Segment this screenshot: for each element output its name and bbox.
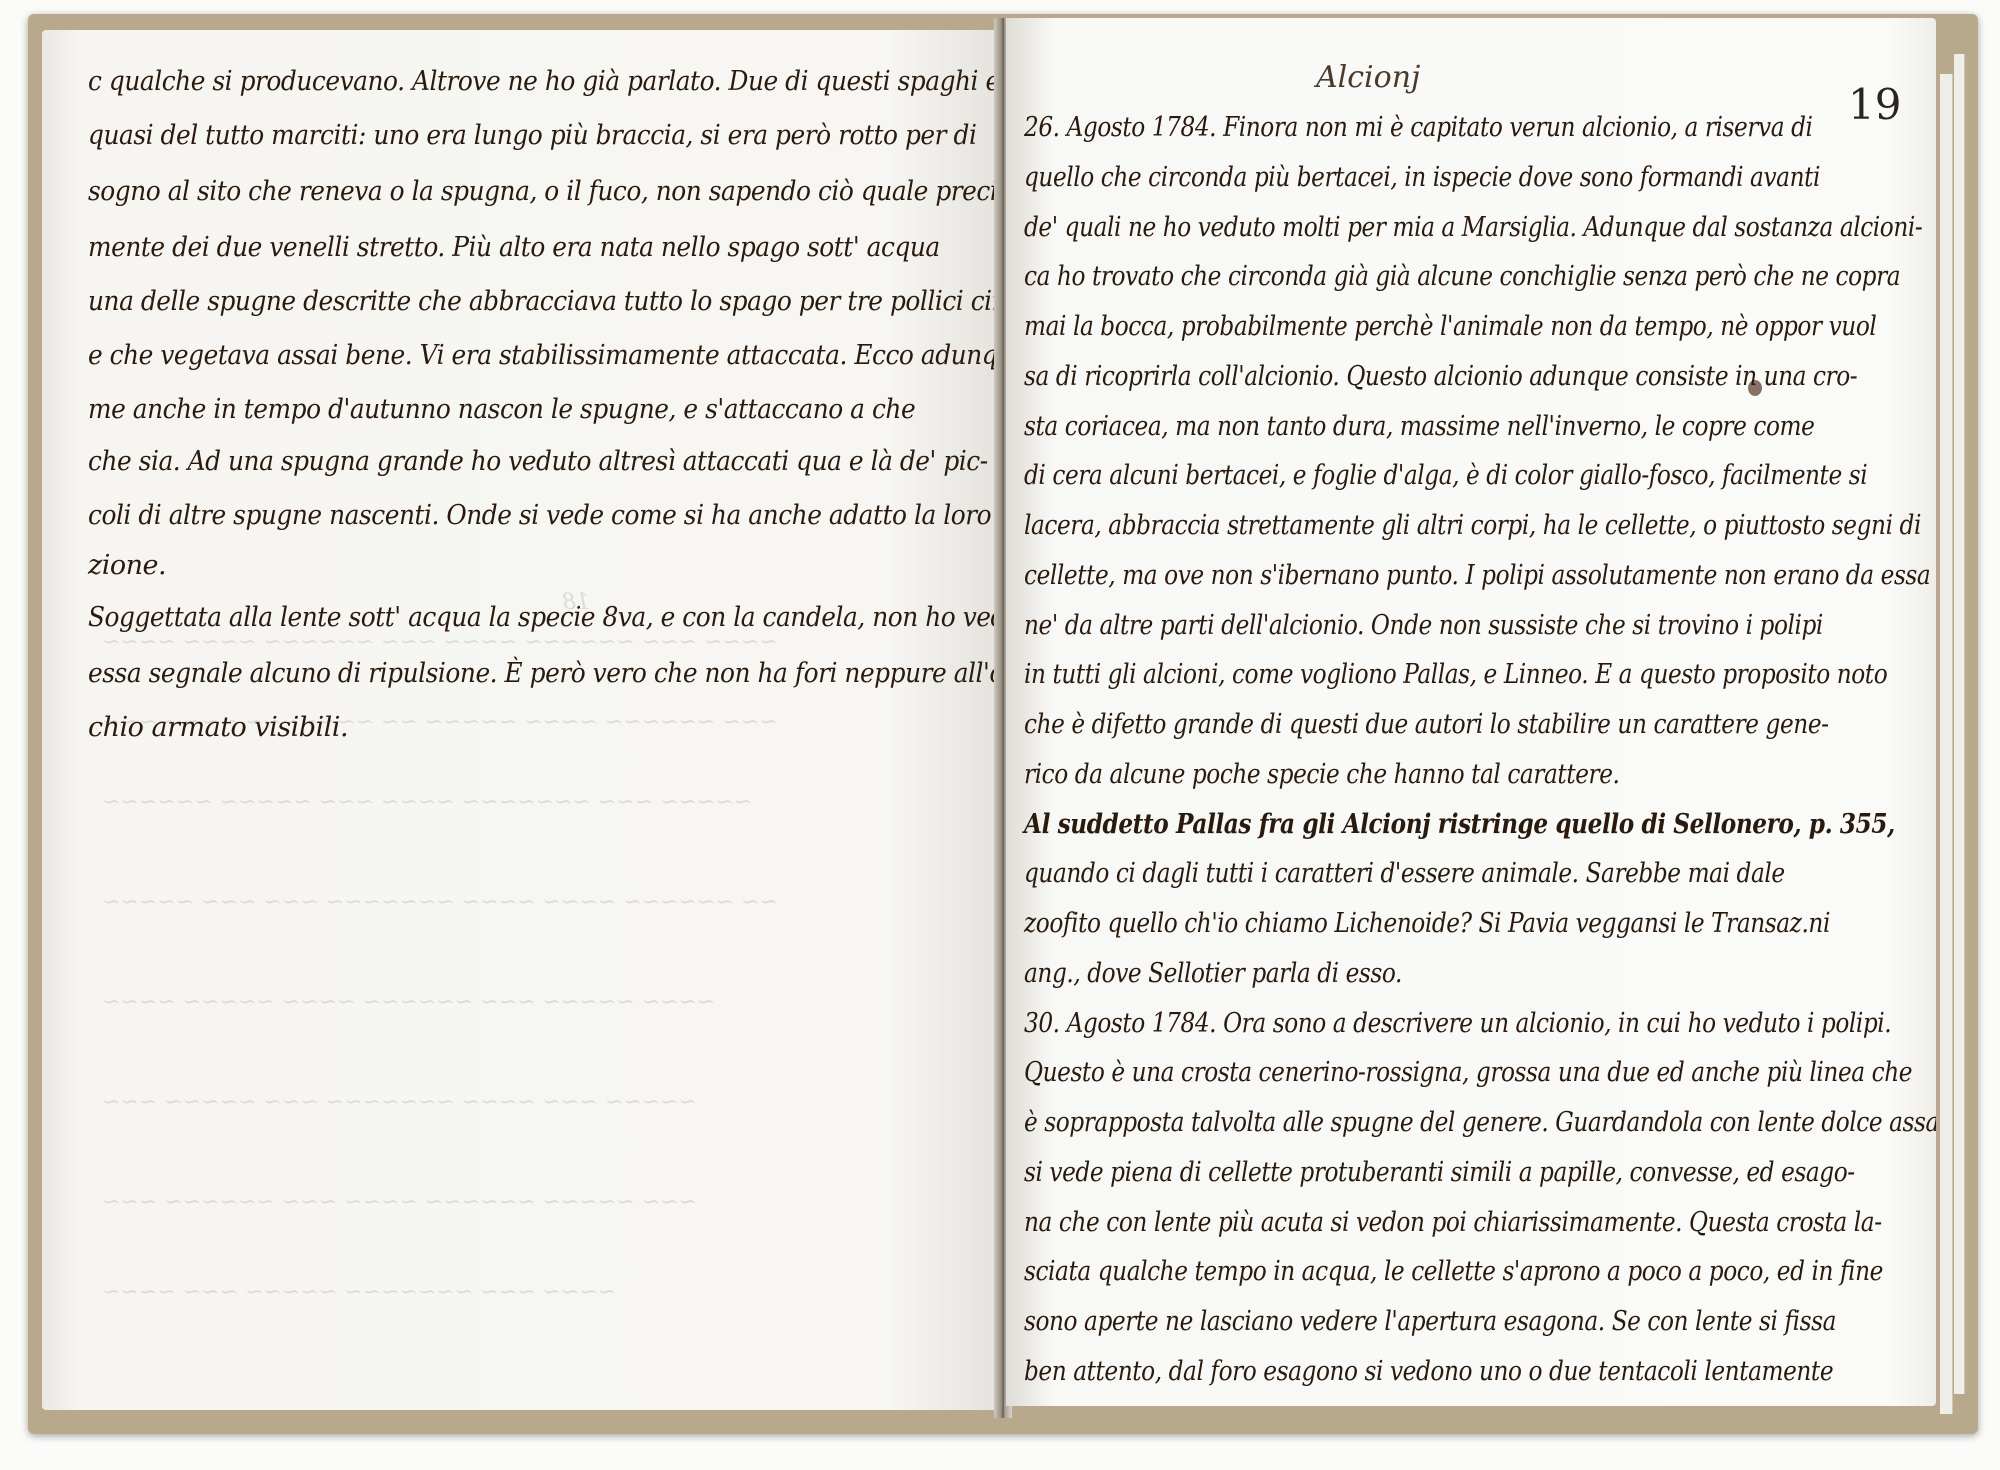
left-page: 18 ~~~~ ~~~ ~~~~~~ ~~~~ ~~~ ~~~~~~ ~~~~ … — [42, 30, 1002, 1410]
manuscript-line: lacera, abbraccia strettamente gli altri… — [1024, 512, 1921, 539]
manuscript-line: sta coriacea, ma non tanto dura, massime… — [1024, 413, 1814, 440]
bleed-through-text: ~~~~ ~~~ ~~~~~~~ ~~~~~ ~~~ ~~~~ — [102, 1280, 616, 1305]
page-number: 19 — [1848, 80, 1901, 129]
manuscript-line: una delle spugne descritte che abbraccia… — [88, 288, 1002, 315]
right-page: Alcionj 19 26. Agosto 1784. Finora non m… — [1006, 18, 1936, 1406]
open-notebook: 18 ~~~~ ~~~ ~~~~~~ ~~~~ ~~~ ~~~~~~ ~~~~ … — [28, 14, 1978, 1434]
manuscript-line: sogno al sito che reneva o la spugna, o … — [88, 178, 1002, 205]
manuscript-line: ang., dove Sellotier parla di esso. — [1024, 960, 1402, 987]
manuscript-line: na che con lente più acuta si vedon poi … — [1024, 1209, 1882, 1236]
manuscript-line: mente dei due venelli stretto. Più alto … — [88, 234, 940, 261]
manuscript-line: è soprapposta talvolta alle spugne del g… — [1024, 1109, 1936, 1136]
manuscript-line: coli di altre spugne nascenti. Onde si v… — [88, 502, 1002, 529]
page-edge — [1940, 74, 1953, 1414]
manuscript-line: de' quali ne ho veduto molti per mia a M… — [1024, 214, 1922, 241]
bleed-through-text: ~~~ ~~~~~ ~~~~~~ ~~~~ ~~~ ~~~~~~ ~~~ — [102, 1190, 697, 1215]
manuscript-line: cellette, ma ove non s'ibernano punto. I… — [1024, 562, 1930, 589]
manuscript-line: sono aperte ne lasciano vedere l'apertur… — [1024, 1308, 1836, 1335]
manuscript-line: me anche in tempo d'autunno nascon le sp… — [88, 396, 915, 423]
manuscript-line: ben attento, dal foro esagono si vedono … — [1024, 1358, 1833, 1385]
manuscript-line: 30. Agosto 1784. Ora sono a descrivere u… — [1024, 1010, 1891, 1037]
manuscript-line: chio armato visibili. — [88, 714, 348, 741]
bleed-through-text: ~~~~ ~~~ ~~~~~~ ~~~~ ~~~ ~~~~~~ ~~~~ ~~~… — [102, 630, 778, 655]
manuscript-line: si vede piena di cellette protuberanti s… — [1024, 1159, 1855, 1186]
bleed-through-text: ~~ ~~~~~~ ~~~~ ~~~~ ~~~~~~~ ~~~ ~~~ ~~~~… — [102, 890, 778, 915]
manuscript-line: Al suddetto Pallas fra gli Alcionj ristr… — [1024, 811, 1895, 838]
bleed-through-text: ~~~~ ~~~~~ ~~~ ~~~~~~ ~~~~ ~~~~~ ~~~~ — [102, 990, 715, 1015]
manuscript-line: di cera alcuni bertacei, e foglie d'alga… — [1024, 462, 1867, 489]
manuscript-line: e che vegetava assai bene. Vi era stabil… — [88, 342, 1002, 369]
manuscript-line: quello che circonda più bertacei, in isp… — [1024, 164, 1820, 191]
manuscript-line: quasi del tutto marciti: uno era lungo p… — [88, 122, 976, 149]
manuscript-line: zione. — [88, 552, 166, 579]
manuscript-line: in tutti gli alcioni, come vogliono Pall… — [1024, 661, 1887, 688]
manuscript-line: ne' da altre parti dell'alcionio. Onde n… — [1024, 612, 1823, 639]
manuscript-line: essa segnale alcuno di ripulsione. È per… — [88, 660, 1002, 687]
manuscript-line: Questo è una crosta cenerino-rossigna, g… — [1024, 1059, 1912, 1086]
manuscript-line: Soggettata alla lente sott' acqua la spe… — [88, 604, 1002, 631]
manuscript-line: sa di ricoprirla coll'alcionio. Questo a… — [1024, 363, 1857, 390]
manuscript-line: quando ci dagli tutti i caratteri d'esse… — [1024, 860, 1785, 887]
bleed-through-text: ~~~~~ ~~~ ~~~~~~~ ~~~~ ~~~ ~~~~~ ~~~~~~ — [102, 790, 752, 815]
manuscript-line: c qualche si producevano. Altrove ne ho … — [88, 68, 1002, 95]
manuscript-line: mai la bocca, probabilmente perchè l'ani… — [1024, 313, 1876, 340]
page-heading: Alcionj — [1316, 60, 1420, 95]
manuscript-line: che è difetto grande di questi due autor… — [1024, 711, 1829, 738]
manuscript-line: rico da alcune poche specie che hanno ta… — [1024, 761, 1619, 788]
manuscript-line: che sia. Ad una spugna grande ho veduto … — [88, 448, 988, 475]
page-edge — [1954, 54, 1965, 1394]
manuscript-line: ca ho trovato che circonda già già alcun… — [1024, 263, 1900, 290]
bleed-through-text: ~~~~~ ~~~ ~~~~ ~~~~~~~ ~~~ ~~~~~ ~~~ — [102, 1090, 697, 1115]
manuscript-line: 26. Agosto 1784. Finora non mi è capitat… — [1024, 114, 1812, 141]
manuscript-line: zoofito quello ch'io chiamo Lichenoide? … — [1024, 910, 1830, 937]
manuscript-line: sciata qualche tempo in acqua, le cellet… — [1024, 1258, 1883, 1285]
